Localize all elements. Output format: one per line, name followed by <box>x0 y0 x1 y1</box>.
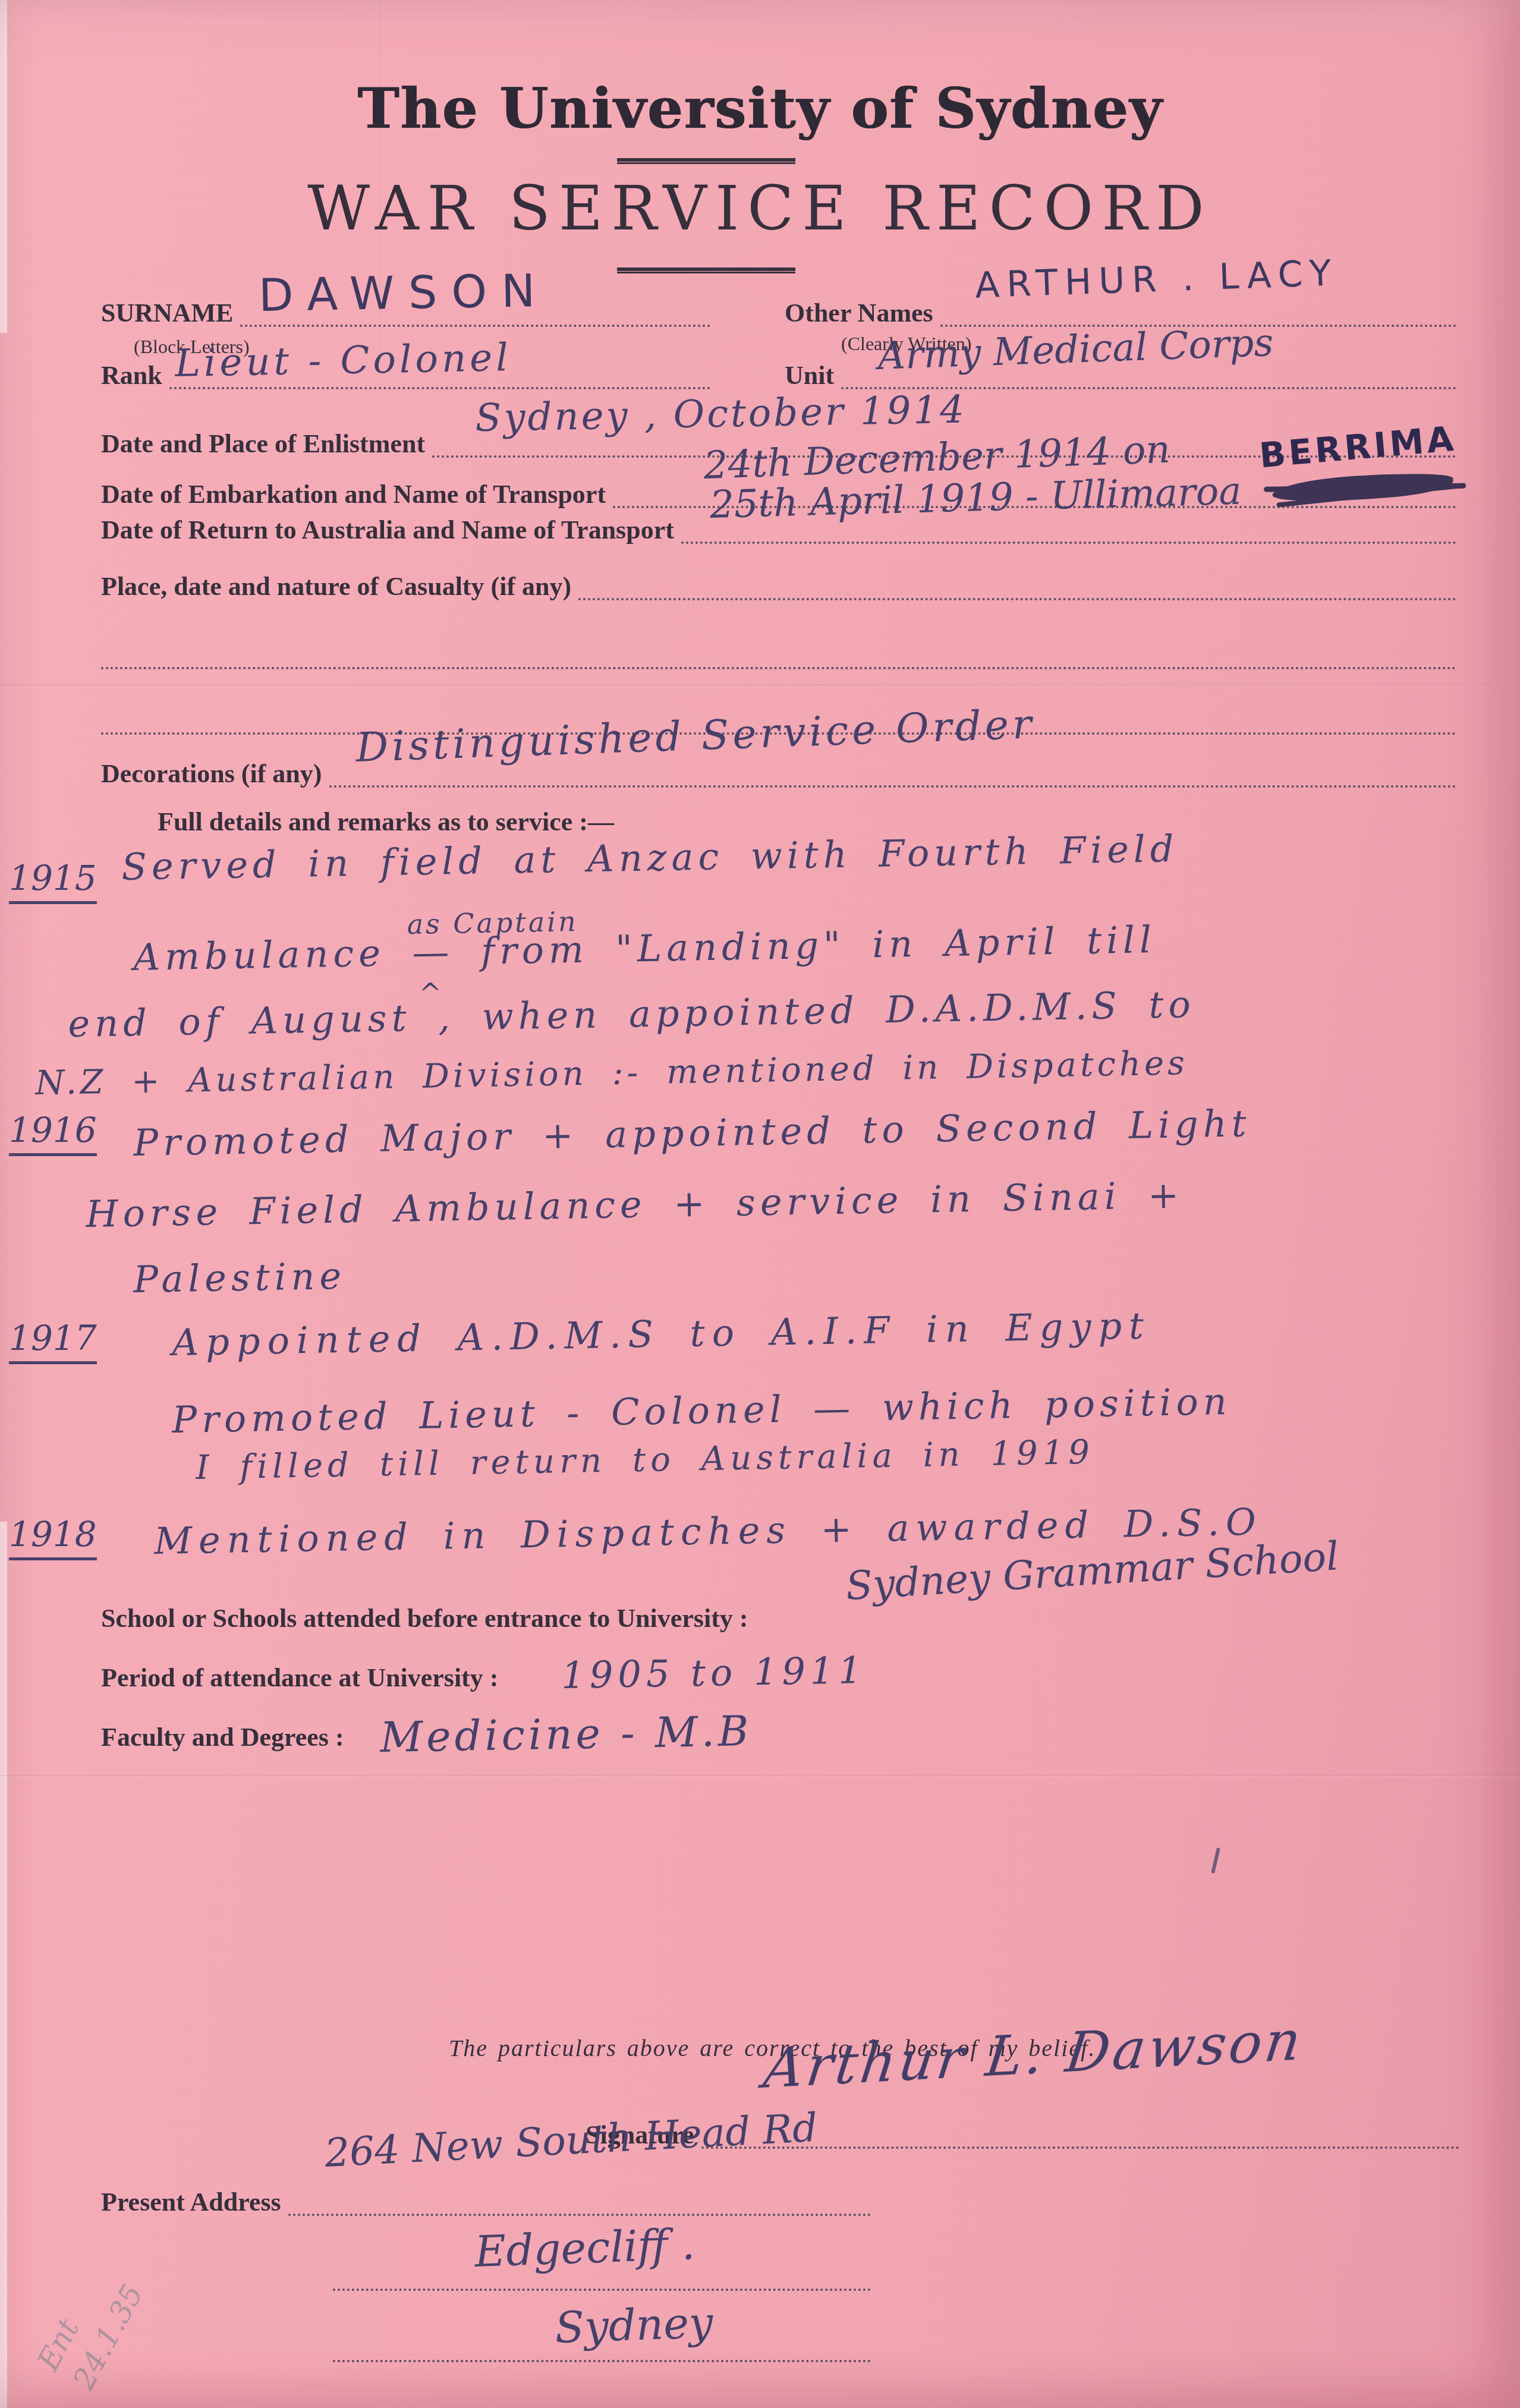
decorations-label: Decorations (if any) <box>101 760 322 788</box>
service-line: Ambulance — from "Landing" in April till <box>133 921 1156 976</box>
surname-line <box>240 321 710 327</box>
attendance-handwriting: 1905 to 1911 <box>561 1652 867 1694</box>
enlistment-handwriting: Sydney , October 1914 <box>475 391 967 437</box>
service-line: Horse Field Ambulance + service in Sinai… <box>86 1177 1184 1233</box>
service-line: Promoted Lieut - Colonel — which positio… <box>172 1383 1232 1438</box>
service-year-1917: 1917 <box>9 1321 97 1364</box>
service-line: Appointed A.D.M.S to A.I.F in Egypt <box>172 1307 1151 1361</box>
address-handwriting-line1: 264 New South Head Rd <box>324 2108 819 2173</box>
casualty-row: Place, date and nature of Casualty (if a… <box>101 559 1456 600</box>
service-line: Served in field at Anzac with Fourth Fie… <box>121 830 1179 886</box>
faculty-label: Faculty and Degrees : <box>101 1724 344 1751</box>
rank-handwriting: Lieut - Colonel <box>175 339 512 383</box>
return-line <box>681 538 1456 544</box>
divider-rule <box>617 158 795 164</box>
address-label: Present Address <box>101 2189 281 2216</box>
unit-label: Unit <box>785 362 834 389</box>
service-line: Palestine <box>133 1258 347 1298</box>
service-details-label: Full details and remarks as to service :… <box>158 808 614 836</box>
faculty-handwriting: Medicine - M.B <box>380 1710 753 1758</box>
service-year-1916: 1916 <box>9 1113 97 1156</box>
form-title: WAR SERVICE RECORD <box>0 174 1520 244</box>
address-line <box>333 2360 871 2362</box>
school-label: School or Schools attended before entran… <box>101 1605 748 1632</box>
university-title: The University of Sydney <box>0 76 1520 141</box>
pencil-annotation: Ent 24.1.35 <box>29 2258 153 2396</box>
service-year-1915: 1915 <box>9 861 97 904</box>
return-label: Date of Return to Australia and Name of … <box>101 517 674 544</box>
casualty-line <box>578 594 1456 600</box>
decorations-line <box>329 782 1457 788</box>
blank-line <box>101 667 1456 669</box>
other-names-label: Other Names <box>785 300 933 327</box>
address-row: Present Address <box>101 2174 871 2216</box>
paper-crease <box>0 685 1520 687</box>
war-service-record-page: The University of Sydney WAR SERVICE REC… <box>0 0 1520 2408</box>
stray-ink-mark <box>1211 1847 1220 1874</box>
service-line: Promoted Major + appointed to Second Lig… <box>133 1105 1251 1161</box>
casualty-label: Place, date and nature of Casualty (if a… <box>101 573 571 600</box>
scan-edge <box>0 1522 7 2408</box>
address-line <box>288 2210 871 2216</box>
rank-label: Rank <box>101 362 162 389</box>
service-line: end of August , when appointed D.A.D.M.S… <box>68 986 1195 1043</box>
address-line <box>333 2289 871 2291</box>
address-handwriting-line2: Edgecliff . <box>474 2223 696 2273</box>
signature-handwriting: Arthur L. Dawson <box>761 2013 1307 2097</box>
surname-label: SURNAME <box>101 300 233 327</box>
enlistment-label: Date and Place of Enlistment <box>101 430 425 458</box>
service-year-1918: 1918 <box>9 1517 97 1560</box>
address-handwriting-line3: Sydney <box>554 2301 713 2349</box>
scan-edge <box>0 0 7 333</box>
paper-crease <box>0 1775 1520 1777</box>
service-line: N.Z + Australian Division :- mentioned i… <box>35 1047 1188 1100</box>
service-line: I filled till return to Australia in 191… <box>196 1436 1094 1485</box>
surname-handwriting: DAWSON <box>258 268 549 319</box>
divider-rule <box>617 267 795 273</box>
attendance-label: Period of attendance at University : <box>101 1664 498 1692</box>
